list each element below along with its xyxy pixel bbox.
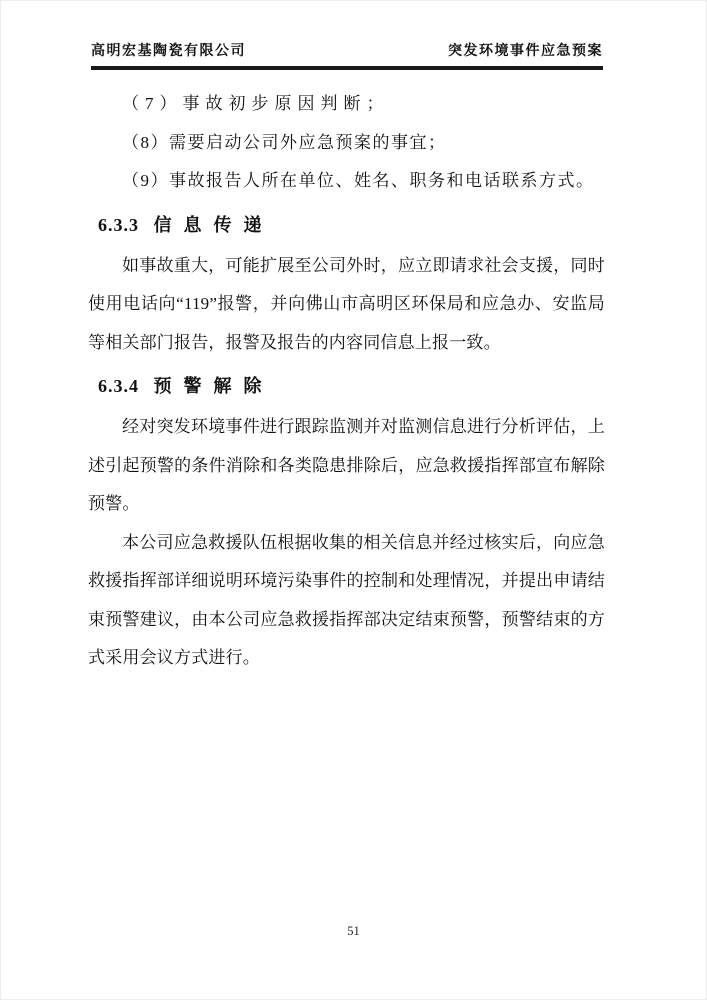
paragraph-warning-release-2: 本公司应急救援队伍根据收集的相关信息并经过核实后，向应急救援指挥部详细说明环境污… [88, 524, 605, 678]
section-number: 6.3.4 [98, 376, 139, 396]
document-page: 高明宏基陶瓷有限公司 突发环境事件应急预案 （7）事故初步原因判断； （8）需要… [0, 0, 707, 1000]
section-title: 信息传递 [154, 215, 274, 235]
paragraph-info-transfer: 如事故重大，可能扩展至公司外时，应立即请求社会支援，同时使用电话向“119”报警… [88, 247, 605, 363]
section-title: 预警解除 [154, 376, 274, 396]
list-item-8: （8）需要启动公司外应急预案的事宜； [88, 124, 605, 163]
list-item-7: （7）事故初步原因判断； [88, 85, 605, 124]
paragraph-warning-release-1: 经对突发环境事件进行跟踪监测并对监测信息进行分析评估，上述引起预警的条件消除和各… [88, 408, 605, 524]
section-heading-6-3-4: 6.3.4 预警解除 [98, 366, 605, 406]
page-number: 51 [347, 924, 360, 938]
page-footer: 51 [1, 923, 706, 939]
section-number: 6.3.3 [98, 215, 139, 235]
section-heading-6-3-3: 6.3.3 信息传递 [98, 205, 605, 245]
header-document-title: 突发环境事件应急预案 [448, 43, 603, 61]
document-body: （7）事故初步原因判断； （8）需要启动公司外应急预案的事宜； （9）事故报告人… [88, 85, 605, 678]
header-company-name: 高明宏基陶瓷有限公司 [91, 43, 246, 61]
list-item-9: （9）事故报告人所在单位、姓名、职务和电话联系方式。 [88, 162, 605, 201]
page-header: 高明宏基陶瓷有限公司 突发环境事件应急预案 [91, 43, 603, 70]
